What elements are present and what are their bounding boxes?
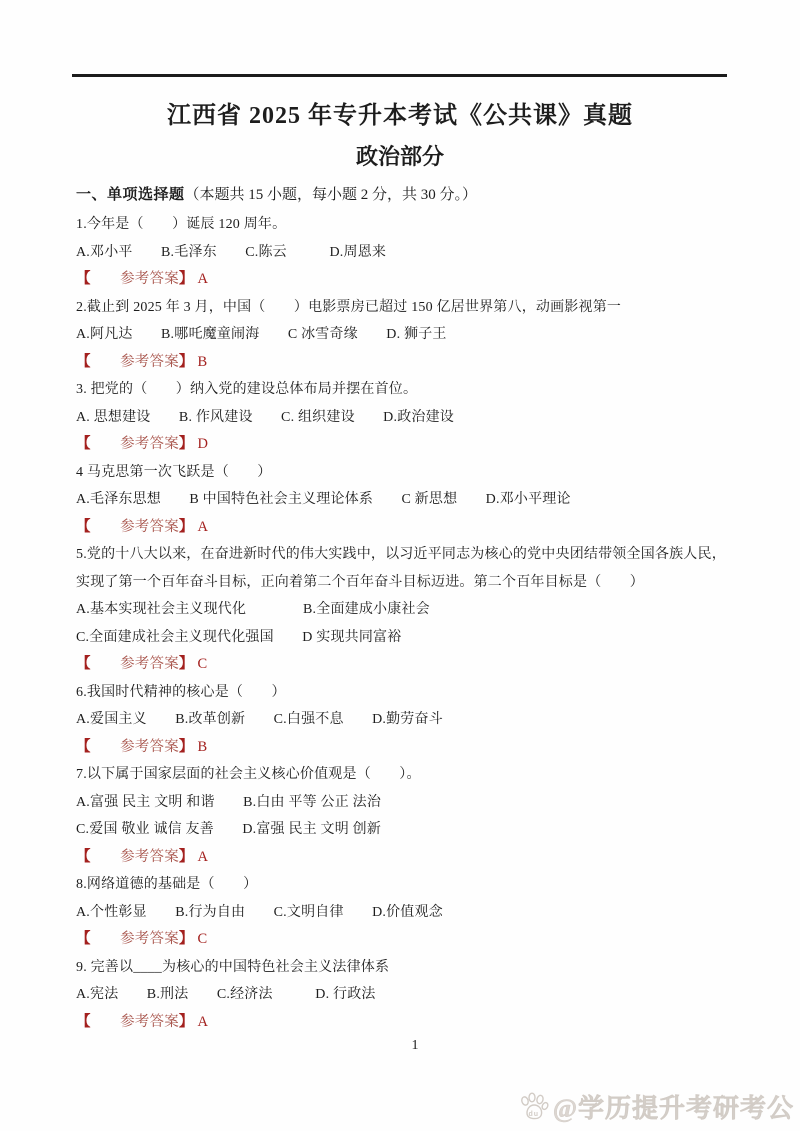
answer-close-bracket: 】 [179, 271, 194, 287]
question-block: 5.党的十八大以来，在奋进新时代的伟大实践中，以习近平同志为核心的党中央团结带领… [76, 541, 754, 679]
answer-letter: D [194, 436, 209, 452]
answer-close-bracket: 】 [179, 849, 194, 865]
questions: 1.今年是（ ）诞辰 120 周年。A.邓小平 B.毛泽东 C.陈云 D.周恩来… [76, 211, 754, 1036]
question-text: 8.网络道德的基础是（ ） [76, 871, 754, 899]
question-options: A.宪法 B.刑法 C.经济法 D. 行政法 [76, 981, 754, 1009]
page-number: 1 [76, 1034, 754, 1058]
answer-label: 参考答案 [120, 1014, 179, 1030]
answer-line: 【 参考答案】 A [76, 844, 754, 872]
question-block: 2.截止到 2025 年 3 月，中国（ ）电影票房已超过 150 亿居世界第八… [76, 294, 754, 377]
answer-letter: C [194, 656, 208, 672]
question-text: 2.截止到 2025 年 3 月，中国（ ）电影票房已超过 150 亿居世界第八… [76, 294, 754, 322]
watermark-text: @学历提升考研考公 [553, 1088, 794, 1125]
question-options: A.阿凡达 B.哪吒魔童闹海 C 冰雪奇缘 D. 狮子王 [76, 321, 754, 349]
answer-letter: B [194, 354, 208, 370]
answer-close-bracket: 】 [179, 519, 194, 535]
answer-gap [91, 849, 120, 865]
section-note: （本题共 15 小题，每小题 2 分，共 30 分。） [185, 187, 478, 203]
question-block: 6.我国时代精神的核心是（ ）A.爱国主义 B.改革创新 C.白强不息 D.勤劳… [76, 679, 754, 762]
svg-text:du: du [528, 1111, 539, 1118]
header-rule [72, 74, 727, 77]
question-options: A.个性彰显 B.行为自由 C.文明自律 D.价值观念 [76, 899, 754, 927]
answer-gap [91, 354, 120, 370]
section-title: 一、单项选择题 [76, 187, 185, 203]
answer-close-bracket: 】 [179, 931, 194, 947]
question-options: C.爱国 敬业 诚信 友善 D.富强 民主 文明 创新 [76, 816, 754, 844]
answer-label: 参考答案 [120, 656, 179, 672]
answer-line: 【 参考答案】 A [76, 514, 754, 542]
document-subtitle: 政治部分 [0, 142, 800, 172]
answer-gap [91, 739, 120, 755]
answer-letter: A [194, 519, 209, 535]
question-text: 实现了第一个百年奋斗目标，正向着第二个百年奋斗目标迈进。第二个百年目标是（ ） [76, 569, 754, 597]
question-block: 3. 把党的（ ）纳入党的建设总体布局并摆在首位。A. 思想建设 B. 作风建设… [76, 376, 754, 459]
question-block: 8.网络道德的基础是（ ）A.个性彰显 B.行为自由 C.文明自律 D.价值观念… [76, 871, 754, 954]
question-text: 4 马克思第一次飞跃是（ ） [76, 459, 754, 487]
answer-close-bracket: 】 [179, 436, 194, 452]
question-options: A. 思想建设 B. 作风建设 C. 组织建设 D.政治建设 [76, 404, 754, 432]
answer-close-bracket: 】 [179, 656, 194, 672]
watermark: du @学历提升考研考公 [518, 1088, 794, 1125]
answer-line: 【 参考答案】 A [76, 266, 754, 294]
question-options: A.毛泽东思想 B 中国特色社会主义理论体系 C 新思想 D.邓小平理论 [76, 486, 754, 514]
answer-line: 【 参考答案】 B [76, 349, 754, 377]
answer-line: 【 参考答案】 B [76, 734, 754, 762]
document-page: 江西省 2025 年专升本考试《公共课》真题 政治部分 一、单项选择题（本题共 … [0, 0, 800, 1131]
answer-open-bracket: 【 [76, 271, 91, 287]
question-options: A.邓小平 B.毛泽东 C.陈云 D.周恩来 [76, 239, 754, 267]
answer-open-bracket: 【 [76, 519, 91, 535]
answer-close-bracket: 】 [179, 739, 194, 755]
answer-open-bracket: 【 [76, 1014, 91, 1030]
answer-gap [91, 656, 120, 672]
question-text: 3. 把党的（ ）纳入党的建设总体布局并摆在首位。 [76, 376, 754, 404]
answer-line: 【 参考答案】 A [76, 1009, 754, 1037]
question-text: 7.以下属于国家层面的社会主义核心价值观是（ ）。 [76, 761, 754, 789]
answer-line: 【 参考答案】 D [76, 431, 754, 459]
answer-label: 参考答案 [120, 354, 179, 370]
answer-label: 参考答案 [120, 519, 179, 535]
answer-close-bracket: 】 [179, 354, 194, 370]
answer-open-bracket: 【 [76, 436, 91, 452]
document-content: 一、单项选择题（本题共 15 小题，每小题 2 分，共 30 分。） 1.今年是… [0, 181, 800, 1058]
answer-letter: B [194, 739, 208, 755]
answer-label: 参考答案 [120, 849, 179, 865]
answer-letter: A [194, 1014, 209, 1030]
answer-open-bracket: 【 [76, 354, 91, 370]
answer-gap [91, 931, 120, 947]
answer-line: 【 参考答案】 C [76, 926, 754, 954]
answer-label: 参考答案 [120, 271, 179, 287]
question-text: 6.我国时代精神的核心是（ ） [76, 679, 754, 707]
answer-gap [91, 271, 120, 287]
answer-label: 参考答案 [120, 436, 179, 452]
answer-gap [91, 436, 120, 452]
question-text: 1.今年是（ ）诞辰 120 周年。 [76, 211, 754, 239]
answer-open-bracket: 【 [76, 931, 91, 947]
question-block: 7.以下属于国家层面的社会主义核心价值观是（ ）。A.富强 民主 文明 和谐 B… [76, 761, 754, 871]
question-options: A.富强 民主 文明 和谐 B.白由 平等 公正 法治 [76, 789, 754, 817]
question-text: 5.党的十八大以来，在奋进新时代的伟大实践中，以习近平同志为核心的党中央团结带领… [76, 541, 754, 569]
answer-gap [91, 519, 120, 535]
answer-open-bracket: 【 [76, 849, 91, 865]
section-heading: 一、单项选择题（本题共 15 小题，每小题 2 分，共 30 分。） [76, 181, 754, 209]
answer-letter: A [194, 849, 209, 865]
baidu-paw-icon: du [518, 1091, 550, 1123]
question-options: A.爱国主义 B.改革创新 C.白强不息 D.勤劳奋斗 [76, 706, 754, 734]
document-title: 江西省 2025 年专升本考试《公共课》真题 [0, 0, 800, 132]
answer-open-bracket: 【 [76, 739, 91, 755]
answer-letter: A [194, 271, 209, 287]
question-text: 9. 完善以____为核心的中国特色社会主义法律体系 [76, 954, 754, 982]
question-options: A.基本实现社会主义现代化 B.全面建成小康社会 [76, 596, 754, 624]
answer-open-bracket: 【 [76, 656, 91, 672]
answer-gap [91, 1014, 120, 1030]
answer-letter: C [194, 931, 208, 947]
answer-line: 【 参考答案】 C [76, 651, 754, 679]
answer-label: 参考答案 [120, 739, 179, 755]
question-block: 4 马克思第一次飞跃是（ ）A.毛泽东思想 B 中国特色社会主义理论体系 C 新… [76, 459, 754, 542]
question-block: 9. 完善以____为核心的中国特色社会主义法律体系A.宪法 B.刑法 C.经济… [76, 954, 754, 1037]
question-options: C.全面建成社会主义现代化强国 D 实现共同富裕 [76, 624, 754, 652]
question-block: 1.今年是（ ）诞辰 120 周年。A.邓小平 B.毛泽东 C.陈云 D.周恩来… [76, 211, 754, 294]
answer-close-bracket: 】 [179, 1014, 194, 1030]
answer-label: 参考答案 [120, 931, 179, 947]
